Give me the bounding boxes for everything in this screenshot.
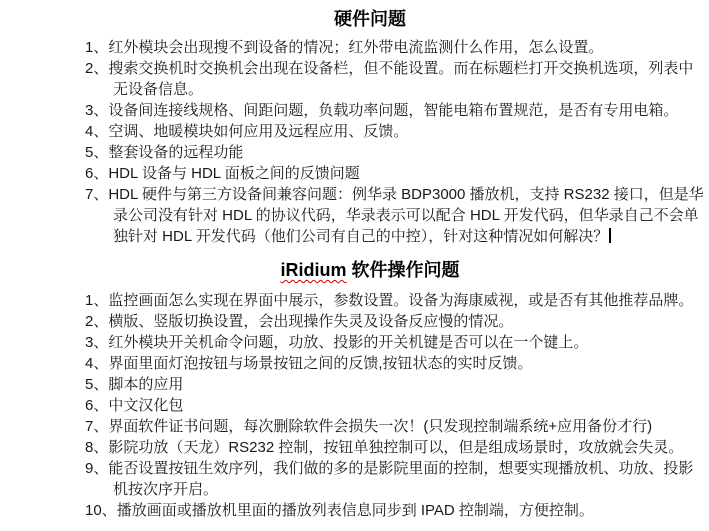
item-number: 9、 xyxy=(85,460,108,477)
document-content: 硬件问题 1、红外模块会出现搜不到设备的情况；红外带电流监测什么作用，怎么设置。… xyxy=(0,0,709,521)
item-text: 整套设备的远程功能 xyxy=(108,144,243,161)
item-text: 设备间连接线规格、间距问题，负载功率问题，智能电箱布置规范，是否有专用电箱。 xyxy=(108,102,678,119)
item-text: 能否设置按钮生效序列，我们做的多的是影院里面的控制，想要实现播放机、功放、投影机… xyxy=(108,460,693,498)
list-item: 4、空调、地暖模块如何应用及远程应用、反馈。 xyxy=(85,121,707,142)
item-number: 6、 xyxy=(85,397,108,414)
item-text: HDL 硬件与第三方设备间兼容问题：例华录 BDP3000 播放机，支持 RS2… xyxy=(108,186,703,245)
item-number: 5、 xyxy=(85,376,108,393)
item-number: 7、 xyxy=(85,186,108,203)
item-number: 6、 xyxy=(85,165,108,182)
item-text: 影院功放（天龙）RS232 控制，按钮单独控制可以，但是组成场景时，攻放就会失灵… xyxy=(108,439,683,456)
item-text: 横版、竖版切换设置，会出现操作失灵及设备反应慢的情况。 xyxy=(108,313,513,330)
section-title-hardware: 硬件问题 xyxy=(37,7,703,32)
item-number: 4、 xyxy=(85,123,108,140)
list-item: 1、监控画面怎么实现在界面中展示，参数设置。设备为海康威视，或是否有其他推荐品牌… xyxy=(85,290,707,311)
document-page[interactable]: 硬件问题 1、红外模块会出现搜不到设备的情况；红外带电流监测什么作用，怎么设置。… xyxy=(0,0,709,531)
item-number: 2、 xyxy=(85,313,108,330)
section-title-iridium: iRidium 软件操作问题 xyxy=(37,258,703,283)
list-item: 5、脚本的应用 xyxy=(85,374,707,395)
list-item: 2、横版、竖版切换设置，会出现操作失灵及设备反应慢的情况。 xyxy=(85,311,707,332)
hardware-question-list: 1、红外模块会出现搜不到设备的情况；红外带电流监测什么作用，怎么设置。 2、搜索… xyxy=(85,37,707,247)
list-item: 9、能否设置按钮生效序列，我们做的多的是影院里面的控制，想要实现播放机、功放、投… xyxy=(85,458,707,500)
item-text: 红外模块开关机命令问题，功放、投影的开关机键是否可以在一个键上。 xyxy=(108,334,588,351)
item-text: 播放画面或播放机里面的播放列表信息同步到 IPAD 控制端，方便控制。 xyxy=(117,502,594,519)
item-number: 10、 xyxy=(85,502,117,519)
list-item: 10、播放画面或播放机里面的播放列表信息同步到 IPAD 控制端，方便控制。 xyxy=(85,500,707,521)
list-item: 7、界面软件证书问题，每次删除软件会损失一次！(只发现控制端系统+应用备份才行) xyxy=(85,416,707,437)
item-number: 8、 xyxy=(85,439,108,456)
item-text: 红外模块会出现搜不到设备的情况；红外带电流监测什么作用，怎么设置。 xyxy=(108,39,603,56)
section-title-iridium-rest: 软件操作问题 xyxy=(346,260,459,280)
item-number: 3、 xyxy=(85,334,108,351)
list-item: 6、中文汉化包 xyxy=(85,395,707,416)
item-number: 5、 xyxy=(85,144,108,161)
list-item: 5、整套设备的远程功能 xyxy=(85,142,707,163)
item-number: 3、 xyxy=(85,102,108,119)
section-title-hardware-text: 硬件问题 xyxy=(334,9,406,29)
item-text: HDL 设备与 HDL 面板之间的反馈问题 xyxy=(108,165,359,182)
item-number: 2、 xyxy=(85,60,108,77)
list-item: 3、红外模块开关机命令问题，功放、投影的开关机键是否可以在一个键上。 xyxy=(85,332,707,353)
item-text: 监控画面怎么实现在界面中展示，参数设置。设备为海康威视，或是否有其他推荐品牌。 xyxy=(108,292,693,309)
list-item: 4、界面里面灯泡按钮与场景按钮之间的反馈,按钮状态的实时反馈。 xyxy=(85,353,707,374)
item-text: 中文汉化包 xyxy=(108,397,183,414)
list-item: 6、HDL 设备与 HDL 面板之间的反馈问题 xyxy=(85,163,707,184)
item-text: 脚本的应用 xyxy=(108,376,183,393)
list-item: 8、影院功放（天龙）RS232 控制，按钮单独控制可以，但是组成场景时，攻放就会… xyxy=(85,437,707,458)
item-number: 4、 xyxy=(85,355,108,372)
software-question-list: 1、监控画面怎么实现在界面中展示，参数设置。设备为海康威视，或是否有其他推荐品牌… xyxy=(85,290,707,521)
item-number: 7、 xyxy=(85,418,108,435)
list-item: 7、HDL 硬件与第三方设备间兼容问题：例华录 BDP3000 播放机，支持 R… xyxy=(85,184,707,247)
text-cursor xyxy=(609,228,611,243)
section-title-iridium-word: iRidium xyxy=(280,260,346,280)
item-text: 界面软件证书问题，每次删除软件会损失一次！(只发现控制端系统+应用备份才行) xyxy=(108,418,652,435)
item-text: 界面里面灯泡按钮与场景按钮之间的反馈,按钮状态的实时反馈。 xyxy=(108,355,532,372)
item-text: 搜索交换机时交换机会出现在设备栏，但不能设置。而在标题栏打开交换机选项，列表中无… xyxy=(108,60,693,98)
item-number: 1、 xyxy=(85,39,108,56)
item-text: 空调、地暖模块如何应用及远程应用、反馈。 xyxy=(108,123,408,140)
list-item: 1、红外模块会出现搜不到设备的情况；红外带电流监测什么作用，怎么设置。 xyxy=(85,37,707,58)
item-number: 1、 xyxy=(85,292,108,309)
list-item: 3、设备间连接线规格、间距问题，负载功率问题，智能电箱布置规范，是否有专用电箱。 xyxy=(85,100,707,121)
list-item: 2、搜索交换机时交换机会出现在设备栏，但不能设置。而在标题栏打开交换机选项，列表… xyxy=(85,58,707,100)
